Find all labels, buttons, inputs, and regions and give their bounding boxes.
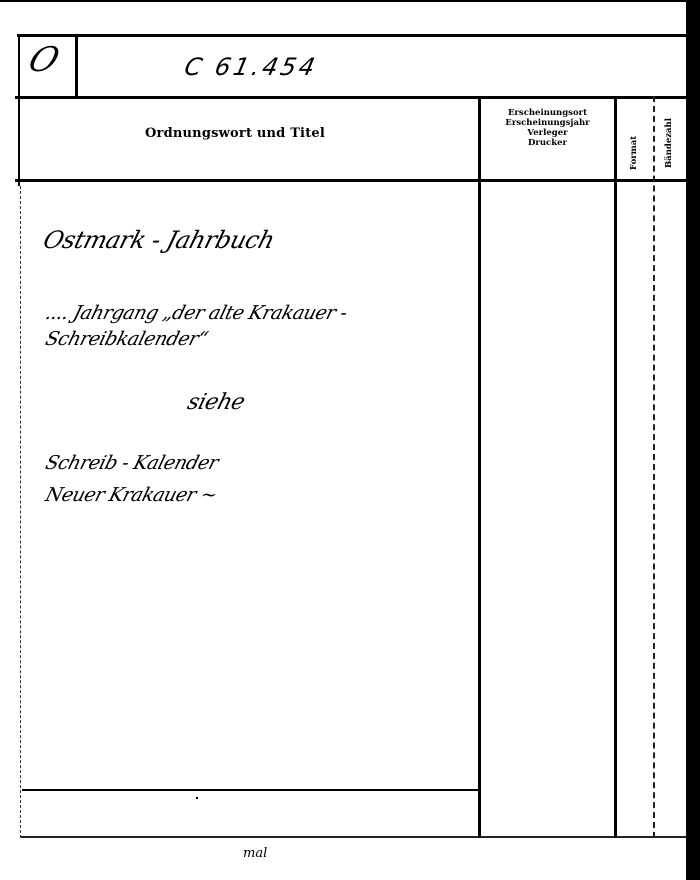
header-year-of-publication: Erscheinungsjahr [480,118,615,128]
stray-ink-dot [196,797,198,799]
publication-column-divider [478,96,481,838]
signature-box-divider [75,34,78,98]
format-column-divider [614,96,617,838]
entry-reference-line-1: Schreib - Kalender [43,452,220,474]
card-left-border [20,186,21,838]
entry-title: Ostmark - Jahrbuch [40,226,277,254]
entry-subtitle-line-2: Schreibkalender“ [43,328,210,350]
header-format: Format [629,136,639,170]
card-left-border-top [18,34,20,186]
header-place-of-publication: Erscheinungsort [480,108,615,118]
header-printer: Drucker [480,138,615,148]
entry-reference-line-2: Neuer Krakauer ~ [43,484,219,506]
entry-see-reference: siehe [185,390,248,415]
header-row-border [15,179,686,182]
header-volumes: Bändezahl [664,118,674,168]
signature-mark: O [24,40,64,80]
card-bottom-border [20,836,686,838]
card-top-border [17,34,686,37]
scan-right-edge [686,0,700,880]
header-ordering-word-and-title: Ordnungswort und Titel [145,126,325,141]
volumes-column-divider [653,96,655,838]
entry-subtitle-line-1: .... Jahrgang „der alte Krakauer - [43,302,349,324]
call-number-row-border [15,96,686,99]
header-publication-info: Erscheinungsort Erscheinungsjahr Verlege… [480,108,615,148]
cataloger-initials: mal [243,846,267,861]
scan-top-edge [0,0,686,2]
main-column-lower-border [22,789,480,791]
header-publisher: Verleger [480,128,615,138]
call-number: C 61.454 [182,53,320,81]
